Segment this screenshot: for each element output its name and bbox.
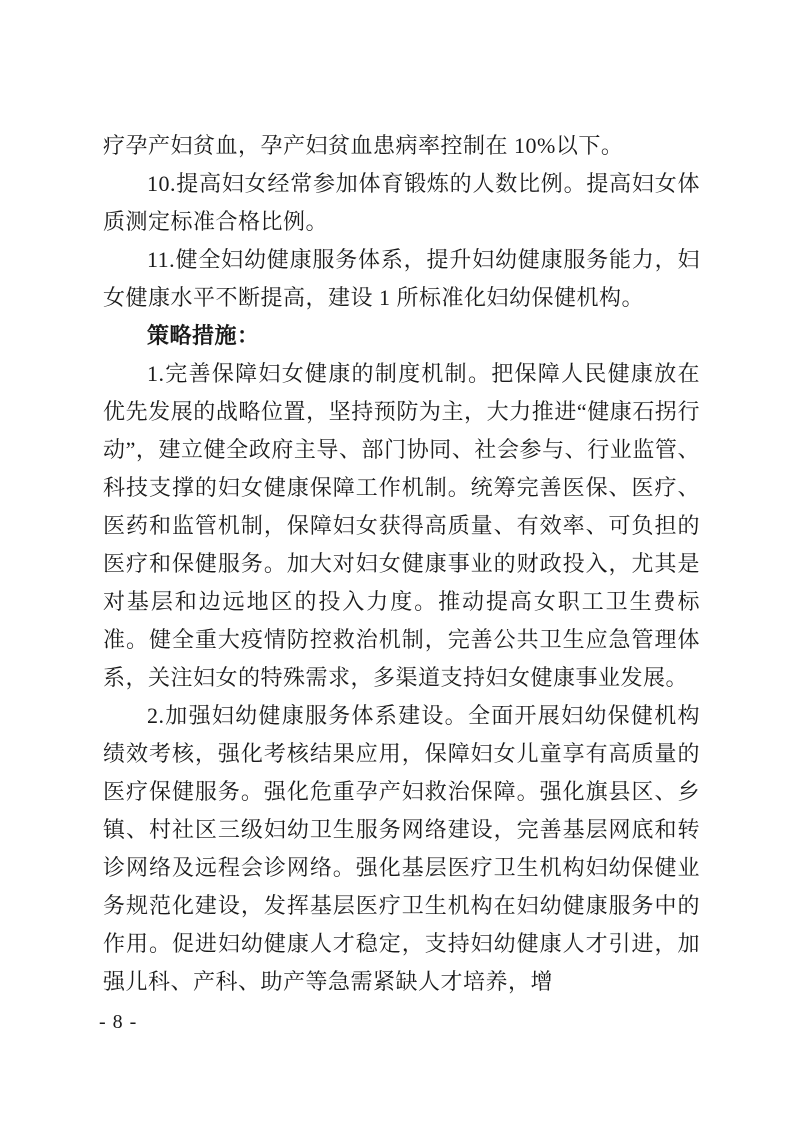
document-page: 疗孕产妇贫血，孕产妇贫血患病率控制在 10%以下。 10.提高妇女经常参加体育锻… <box>0 0 794 1122</box>
paragraph-anemia-rate-continuation: 疗孕产妇贫血，孕产妇贫血患病率控制在 10%以下。 <box>103 127 700 165</box>
paragraph-item-11-mch-system: 11.健全妇幼健康服务体系，提升妇幼健康服务能力，妇女健康水平不断提高，建设 1… <box>103 241 700 317</box>
paragraph-item-10-exercise: 10.提高妇女经常参加体育锻炼的人数比例。提高妇女体质测定标准合格比例。 <box>103 165 700 241</box>
paragraph-measure-1-institutional-mechanism: 1.完善保障妇女健康的制度机制。把保障人民健康放在优先发展的战略位置，坚持预防为… <box>103 355 700 697</box>
page-number: - 8 - <box>99 1008 137 1036</box>
paragraph-measure-2-mch-service-system: 2.加强妇幼健康服务体系建设。全面开展妇幼保健机构绩效考核，强化考核结果应用，保… <box>103 697 700 1001</box>
heading-strategy-measures: 策略措施： <box>103 317 700 355</box>
document-body: 疗孕产妇贫血，孕产妇贫血患病率控制在 10%以下。 10.提高妇女经常参加体育锻… <box>103 127 700 1001</box>
